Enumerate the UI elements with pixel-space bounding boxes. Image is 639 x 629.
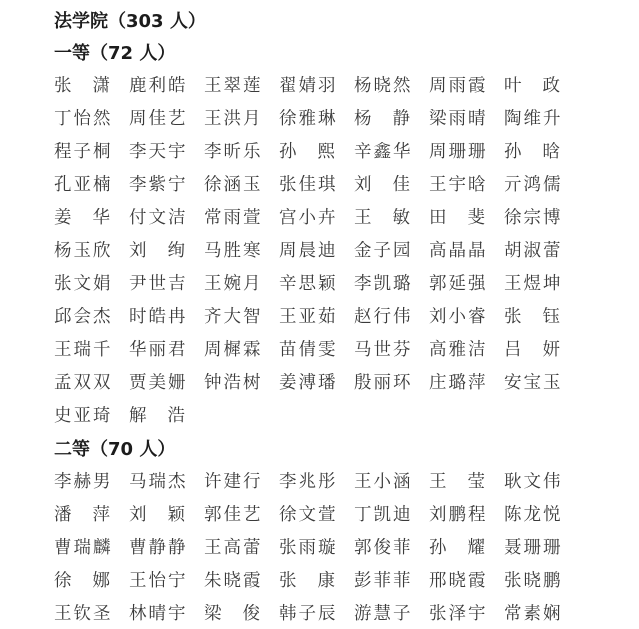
name-entry: 叶政 [504,70,560,103]
surname: 田 [429,202,447,235]
given-name: 颖 [168,499,186,532]
name-entry: 王洪月 [204,103,279,136]
name-entry: 王宇晗 [429,169,504,202]
name-entry: 周珊珊 [429,136,504,169]
name-entry: 孔亚楠 [54,169,129,202]
surname: 张 [54,70,72,103]
name-entry: 曹瑞麟 [54,532,129,565]
name-entry: 安宝玉 [504,367,579,400]
surname: 刘 [129,235,147,268]
name-entry: 齐大智 [204,301,279,334]
name-entry: 周雨霞 [429,70,504,103]
name-entry: 尹世吉 [129,268,204,301]
name-entry: 张晓鹏 [504,565,579,598]
name-entry: 华丽君 [129,334,204,367]
name-entry: 杨玉欣 [54,235,129,268]
name-entry: 鹿利皓 [129,70,204,103]
name-entry: 周樨霖 [204,334,279,367]
name-entry: 亓鸿儒 [504,169,579,202]
name-entry: 丁怡然 [54,103,129,136]
name-entry: 马瑞杰 [129,466,204,499]
name-entry: 周晨迪 [279,235,354,268]
name-entry: 刘小睿 [429,301,504,334]
name-entry: 张康 [279,565,335,598]
name-entry: 耿文伟 [504,466,579,499]
name-entry: 刘颖 [129,499,185,532]
name-entry: 王翠莲 [204,70,279,103]
surname: 孙 [279,136,297,169]
name-entry: 游慧子 [354,598,429,629]
name-entry: 时皓冉 [129,301,204,334]
surname: 潘 [54,499,72,532]
college-heading: 法学院（303 人） [54,6,634,37]
given-name: 耀 [468,532,486,565]
name-entry: 张潇 [54,70,110,103]
given-name: 浩 [168,400,186,433]
name-entry: 周佳艺 [129,103,204,136]
name-entry: 王莹 [429,466,485,499]
name-entry: 李昕乐 [204,136,279,169]
name-entry: 程子桐 [54,136,129,169]
name-entry: 刘绚 [129,235,185,268]
given-name: 妍 [543,334,561,367]
name-entry: 曹静静 [129,532,204,565]
name-entry: 王敏 [354,202,410,235]
name-entry: 宫小卉 [279,202,354,235]
surname: 徐 [54,565,72,598]
name-entry: 王煜坤 [504,268,579,301]
surname: 王 [429,466,447,499]
given-name: 娜 [93,565,111,598]
name-entry: 徐文萱 [279,499,354,532]
name-entry: 孙耀 [429,532,485,565]
surname: 孙 [504,136,522,169]
name-entry: 徐宗博 [504,202,579,235]
given-name: 华 [93,202,111,235]
name-entry: 张雨璇 [279,532,354,565]
name-entry: 朱晓霞 [204,565,279,598]
surname: 张 [504,301,522,334]
given-name: 莹 [468,466,486,499]
name-entry: 吕妍 [504,334,560,367]
given-name: 静 [393,103,411,136]
name-entry: 王小涵 [354,466,429,499]
name-entry: 潘萍 [54,499,110,532]
given-name: 康 [318,565,336,598]
name-entry: 彭菲菲 [354,565,429,598]
name-entry: 张泽宇 [429,598,504,629]
name-entry: 聂珊珊 [504,532,579,565]
name-entry: 徐娜 [54,565,110,598]
given-name: 政 [543,70,561,103]
name-entry: 邱会杰 [54,301,129,334]
surname: 孙 [429,532,447,565]
surname: 梁 [204,598,222,629]
name-entry: 孟双双 [54,367,129,400]
given-name: 佳 [393,169,411,202]
name-entry: 刘鹏程 [429,499,504,532]
name-entry: 金子园 [354,235,429,268]
given-name: 萍 [93,499,111,532]
name-entry: 王钦圣 [54,598,129,629]
name-entry: 姜溥璠 [279,367,354,400]
name-entry: 辛鑫华 [354,136,429,169]
name-entry: 李天宇 [129,136,204,169]
name-entry: 刘佳 [354,169,410,202]
name-entry: 王亚茹 [279,301,354,334]
name-entry: 李兆彤 [279,466,354,499]
name-entry: 张钰 [504,301,560,334]
name-entry: 王怡宁 [129,565,204,598]
surname: 叶 [504,70,522,103]
name-entry: 付文洁 [129,202,204,235]
given-name: 绚 [168,235,186,268]
name-grid-first-class: 张潇鹿利皓王翠莲翟婧羽杨晓然周雨霞叶政丁怡然周佳艺王洪月徐雅琳杨静梁雨晴陶维升程… [54,70,634,433]
given-name: 潇 [93,70,111,103]
name-entry: 李赫男 [54,466,129,499]
given-name: 俊 [243,598,261,629]
name-entry: 杨静 [354,103,410,136]
name-entry: 陈龙悦 [504,499,579,532]
name-entry: 张文娟 [54,268,129,301]
section-heading-first-class: 一等（72 人） [54,37,634,70]
name-entry: 孙熙 [279,136,335,169]
given-name: 钰 [543,301,561,334]
name-entry: 胡淑蕾 [504,235,579,268]
name-entry: 梁俊 [204,598,260,629]
name-entry: 郭延强 [429,268,504,301]
name-entry: 杨晓然 [354,70,429,103]
name-entry: 贾美姗 [129,367,204,400]
name-entry: 辛思颖 [279,268,354,301]
surname: 张 [279,565,297,598]
name-entry: 邢晓霞 [429,565,504,598]
name-entry: 马世芬 [354,334,429,367]
name-entry: 徐雅琳 [279,103,354,136]
award-list-document: 法学院（303 人） 一等（72 人） 张潇鹿利皓王翠莲翟婧羽杨晓然周雨霞叶政丁… [54,6,634,629]
name-entry: 林晴宇 [129,598,204,629]
name-entry: 王瑞千 [54,334,129,367]
name-entry: 田斐 [429,202,485,235]
name-entry: 梁雨晴 [429,103,504,136]
name-entry: 李紫宁 [129,169,204,202]
name-entry: 常素娴 [504,598,579,629]
name-entry: 高雅洁 [429,334,504,367]
surname: 吕 [504,334,522,367]
name-entry: 王高蕾 [204,532,279,565]
name-entry: 钟浩树 [204,367,279,400]
given-name: 斐 [468,202,486,235]
name-entry: 翟婧羽 [279,70,354,103]
given-name: 晗 [543,136,561,169]
name-entry: 苗倩雯 [279,334,354,367]
given-name: 熙 [318,136,336,169]
surname: 刘 [129,499,147,532]
name-entry: 郭佳艺 [204,499,279,532]
name-entry: 韩子辰 [279,598,354,629]
name-entry: 解浩 [129,400,185,433]
name-entry: 马胜寒 [204,235,279,268]
name-entry: 王婉月 [204,268,279,301]
name-grid-second-class: 李赫男马瑞杰许建行李兆彤王小涵王莹耿文伟潘萍刘颖郭佳艺徐文萱丁凯迪刘鹏程陈龙悦曹… [54,466,634,629]
name-entry: 许建行 [204,466,279,499]
name-entry: 姜华 [54,202,110,235]
name-entry: 郭俊菲 [354,532,429,565]
name-entry: 孙晗 [504,136,560,169]
name-entry: 赵行伟 [354,301,429,334]
name-entry: 殷丽环 [354,367,429,400]
surname: 王 [354,202,372,235]
name-entry: 张佳琪 [279,169,354,202]
given-name: 敏 [393,202,411,235]
name-entry: 陶维升 [504,103,579,136]
surname: 解 [129,400,147,433]
name-entry: 高晶晶 [429,235,504,268]
name-entry: 徐涵玉 [204,169,279,202]
section-first-class: 一等（72 人） 张潇鹿利皓王翠莲翟婧羽杨晓然周雨霞叶政丁怡然周佳艺王洪月徐雅琳… [54,37,634,433]
surname: 刘 [354,169,372,202]
section-heading-second-class: 二等（70 人） [54,433,634,466]
name-entry: 庄璐萍 [429,367,504,400]
name-entry: 丁凯迪 [354,499,429,532]
surname: 杨 [354,103,372,136]
name-entry: 李凯璐 [354,268,429,301]
name-entry: 史亚琦 [54,400,129,433]
name-entry: 常雨萱 [204,202,279,235]
surname: 姜 [54,202,72,235]
section-second-class: 二等（70 人） 李赫男马瑞杰许建行李兆彤王小涵王莹耿文伟潘萍刘颖郭佳艺徐文萱丁… [54,433,634,629]
